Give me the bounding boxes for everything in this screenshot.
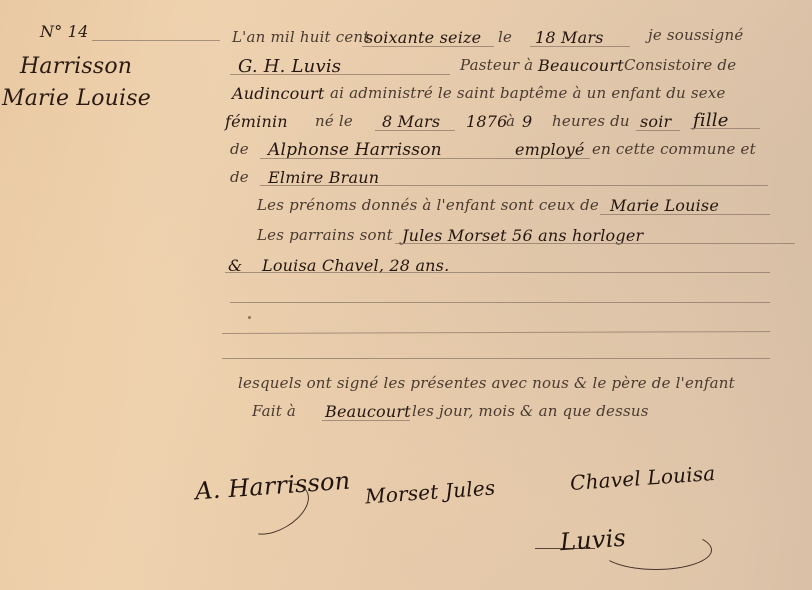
child-sex: féminin [225,112,288,131]
blank-rule [230,302,770,303]
printed-text: les jour, mois & an que dessus [412,402,649,420]
rule [530,46,630,47]
printed-text: je soussigné [648,26,743,44]
printed-text: de [230,140,249,158]
rule [690,128,760,129]
father-name: Alphonse Harrisson [268,140,442,160]
child-given-names: Marie Louise [610,196,719,215]
margin-given-names: Marie Louise [2,86,151,111]
year-words: soixante seize [365,28,481,47]
rule [636,130,680,131]
signature-godmother: Chavel Louisa [569,461,716,495]
printed-text: lesquels ont signé les présentes avec no… [238,374,735,392]
printed-text: Les parrains sont [257,226,393,244]
blank-rule [222,358,770,359]
blank-rule [222,331,770,334]
printed-text: né le [315,112,353,130]
printed-text: Pasteur à [460,56,533,74]
time-of-day: soir [640,112,671,131]
printed-text: le [498,28,512,46]
entry-number: N° 14 [40,22,88,41]
birth-date: 8 Mars [382,112,440,131]
rule [260,185,768,186]
rule [395,243,795,244]
rule [322,420,410,421]
rule-entry-number [92,40,220,41]
printed-text: à [506,112,515,130]
rule [225,272,770,273]
printed-text: Les prénoms donnés à l'enfant sont ceux … [257,196,599,214]
parish-place: Beaucourt [538,56,624,75]
rule [230,74,450,75]
printed-text: heures du [552,112,630,130]
margin-surname: Harrisson [20,54,132,79]
ink-speck [248,316,251,319]
signature-godfather: Morset Jules [364,475,496,508]
signature-flourish [600,530,712,570]
printed-text: Fait à [252,402,296,420]
rule [375,130,455,131]
printed-text: Consistoire de [624,56,736,74]
printed-text: de [230,168,249,186]
record-date: 18 Mars [535,28,604,47]
father-occupation: employé [515,140,585,159]
rule [362,46,494,47]
signature-underline [535,548,595,549]
register-page: N° 14 Harrisson Marie Louise L'an mil hu… [0,0,812,590]
rule [600,214,770,215]
birth-hour: 9 [522,112,532,131]
printed-text: L'an mil huit cent [232,28,370,46]
signing-place: Beaucourt [325,402,411,421]
printed-text: ai administré le saint baptême à un enfa… [330,84,726,102]
consistory-name: Audincourt [232,84,325,103]
birth-year: 1876 [466,112,508,131]
printed-text: en cette commune et [592,140,756,158]
